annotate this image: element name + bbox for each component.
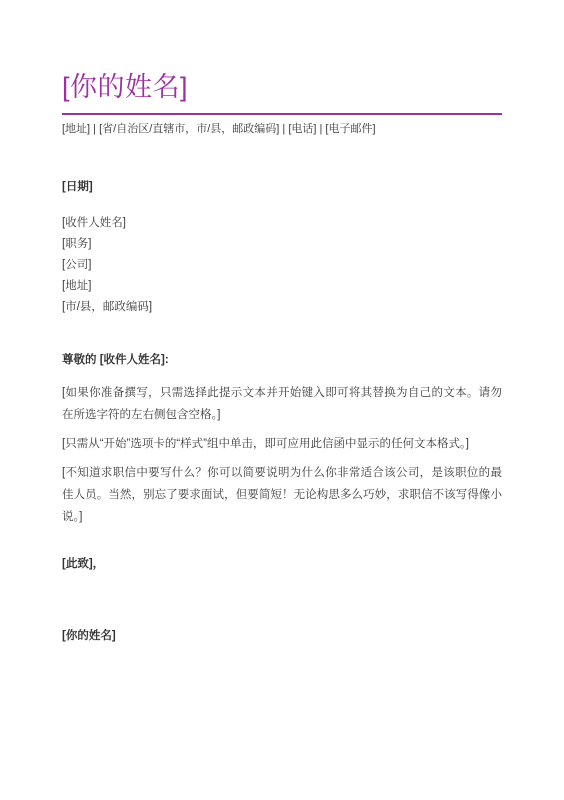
recipient-city-zip-line: [市/县，邮政编码] [62, 297, 502, 318]
closing-placeholder: [此致]， [62, 555, 502, 571]
signature-name-placeholder: [你的姓名] [62, 627, 502, 643]
letter-body: [如果你准备撰写，只需选择此提示文本并开始键入即可将其替换为自己的文本。请勿在所… [62, 382, 502, 528]
recipient-company-line: [公司] [62, 255, 502, 276]
sender-name-placeholder: [你的姓名] [62, 73, 502, 103]
recipient-job-title-line: [职务] [62, 234, 502, 255]
salutation-line: 尊敬的 [收件人姓名]: [62, 351, 502, 367]
letter-page: [你的姓名] [地址] | [省/自治区/直辖市，市/县，邮政编码] | [电话… [0, 0, 564, 800]
contact-info-line: [地址] | [省/自治区/直辖市，市/县，邮政编码] | [电话] | [电子… [62, 122, 502, 136]
recipient-address-block: [收件人姓名] [职务] [公司] [地址] [市/县，邮政编码] [62, 213, 502, 318]
date-placeholder: [日期] [62, 178, 502, 194]
recipient-name-line: [收件人姓名] [62, 213, 502, 234]
title-divider-rule [62, 113, 502, 115]
body-paragraph-2: [只需从“开始”选项卡的“样式”组中单击，即可应用此信函中显示的任何文本格式。] [62, 433, 502, 455]
body-paragraph-1: [如果你准备撰写，只需选择此提示文本并开始键入即可将其替换为自己的文本。请勿在所… [62, 382, 502, 426]
recipient-address-line: [地址] [62, 276, 502, 297]
body-paragraph-3: [不知道求职信中要写什么？你可以简要说明为什么你非常适合该公司，是该职位的最佳人… [62, 462, 502, 528]
